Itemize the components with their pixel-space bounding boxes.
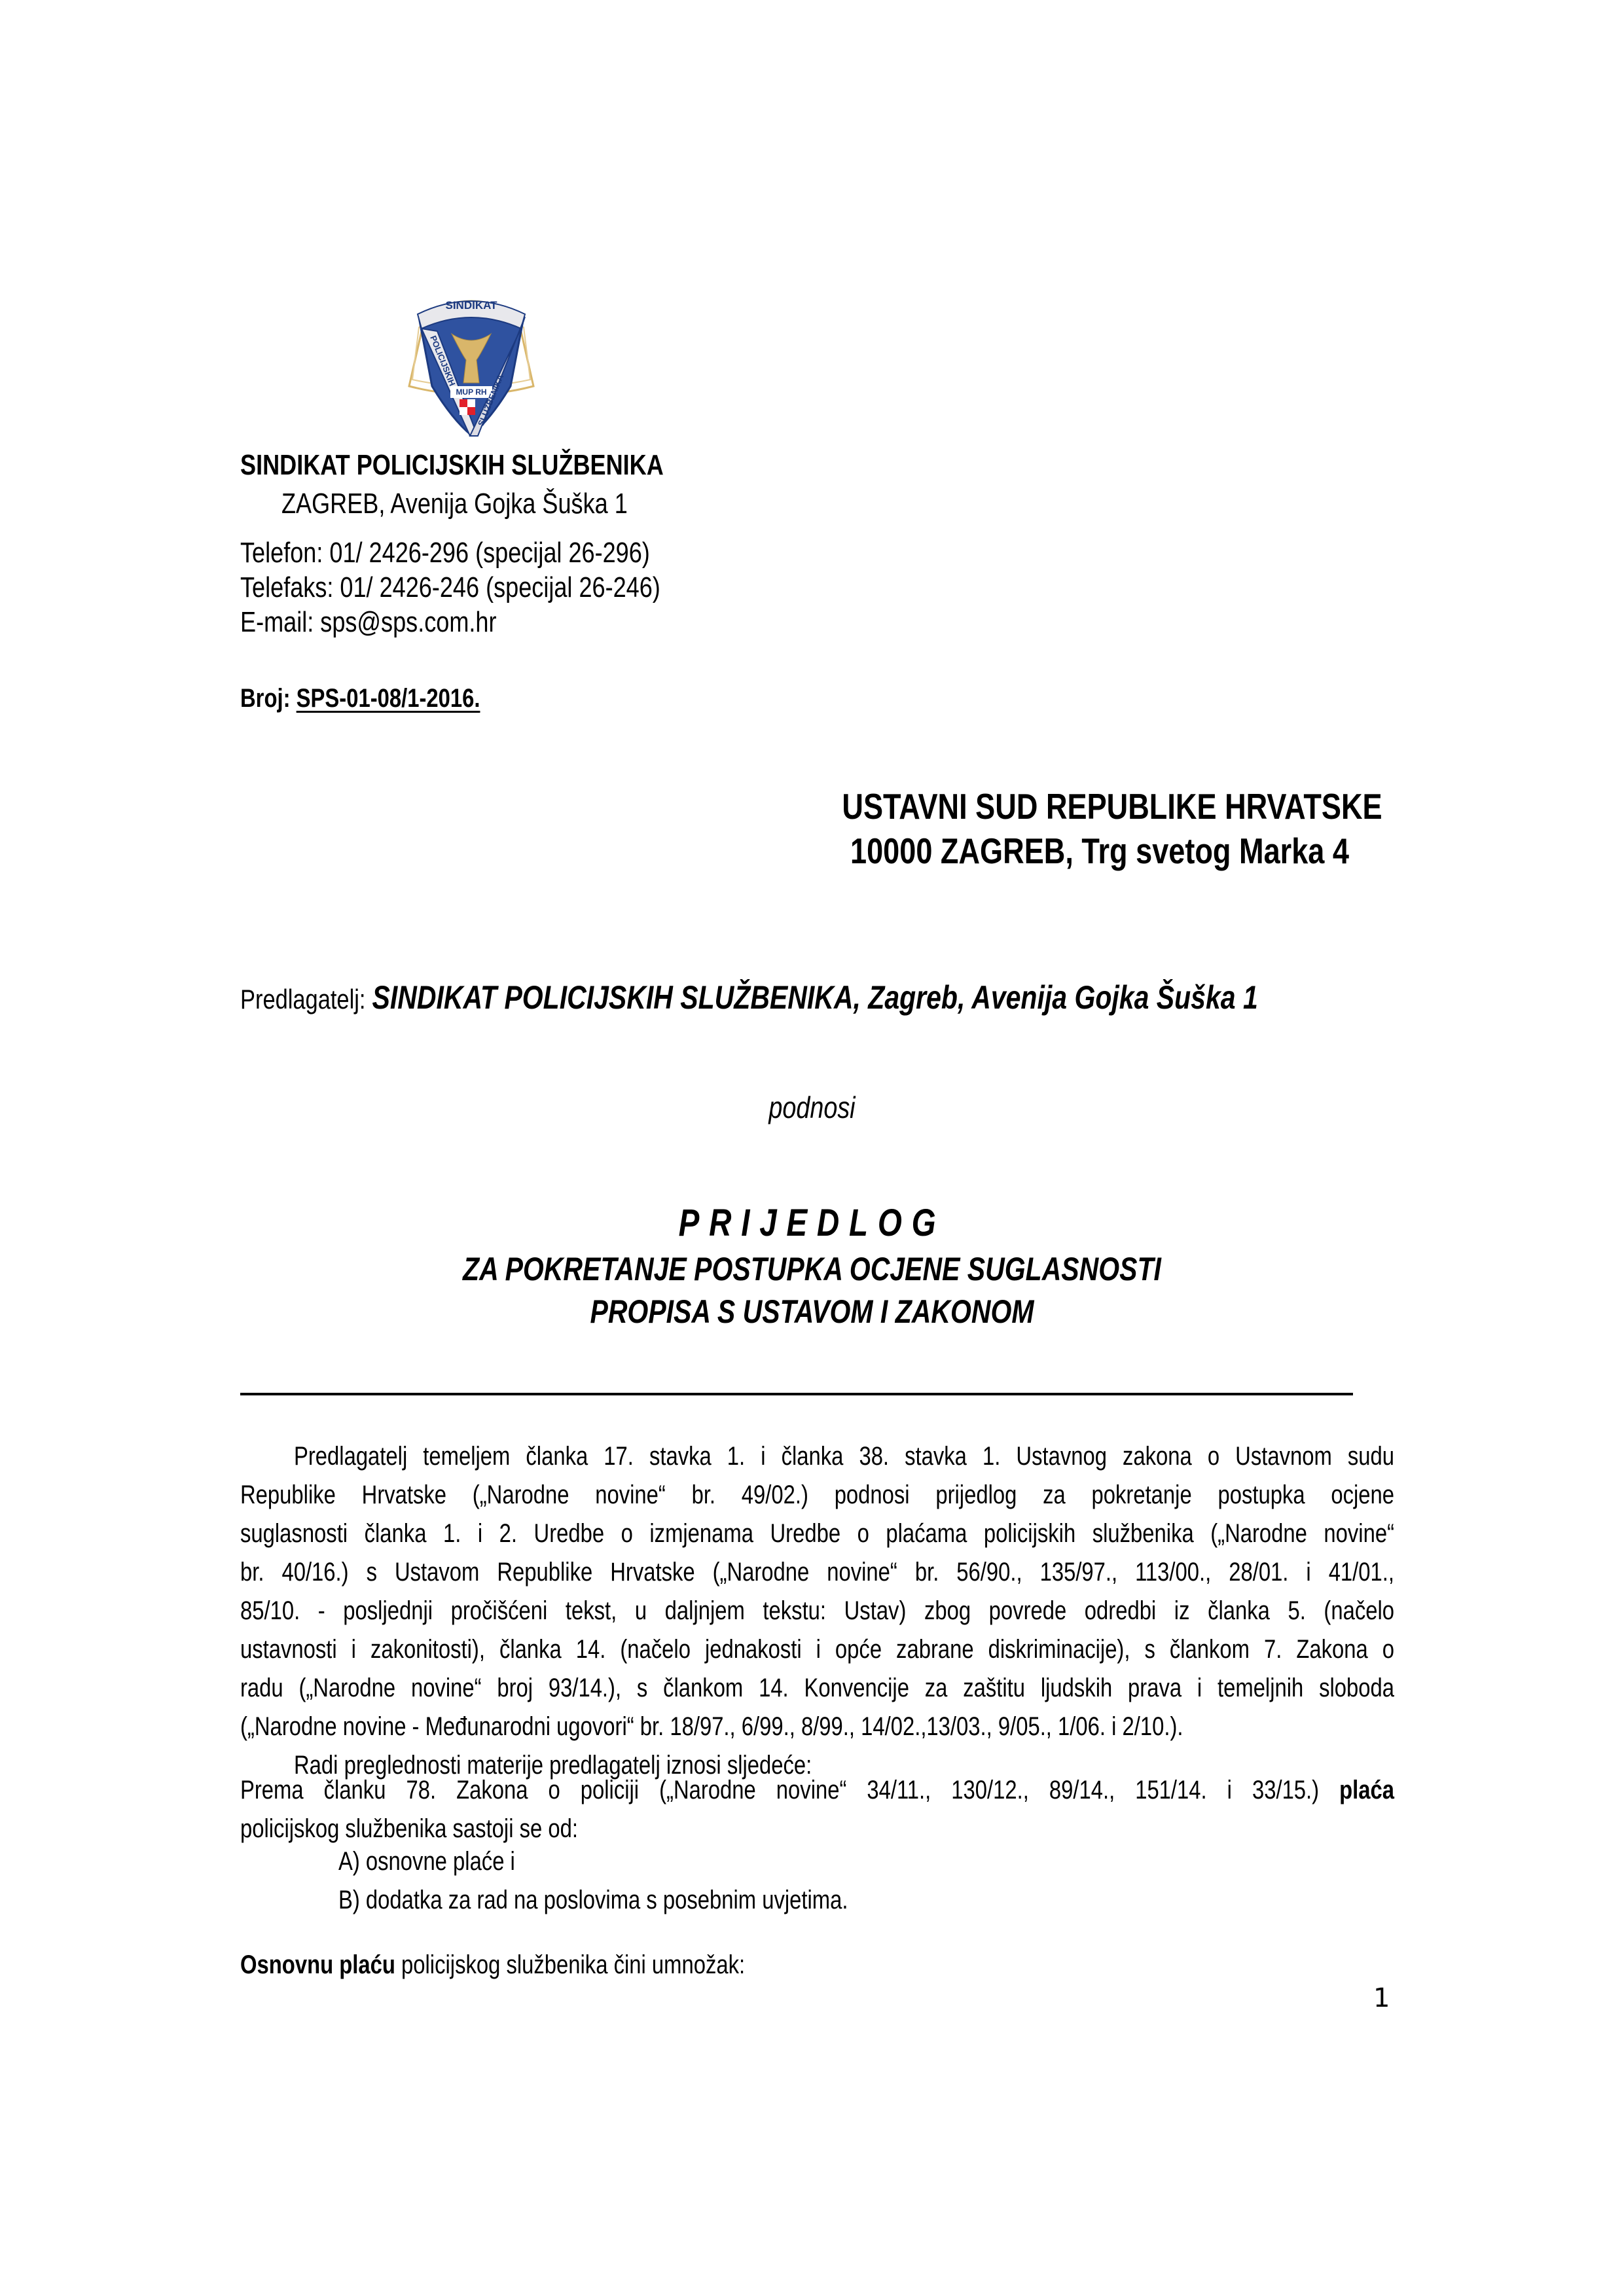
union-shield-logo-icon: MUP RH SINDIKAT POLICIJSKIH SLUŽBENIKA — [399, 288, 543, 439]
paragraph-line: ustavnosti i zakonitosti), članka 14. (n… — [240, 1630, 1394, 1669]
reference-number-label: Broj: — [240, 684, 291, 713]
document-subtitle-1: ZA POKRETANJE POSTUPKA OCJENE SUGLASNOST… — [146, 1250, 1477, 1288]
paragraph-line: suglasnosti članka 1. i 2. Uredbe o izmj… — [240, 1515, 1394, 1553]
reference-number-value: SPS-01-08/1-2016. — [297, 684, 480, 713]
paragraph-basic-salary: Osnovnu plaću policijskog službenika čin… — [240, 1950, 745, 1980]
paragraph-legal-basis: Predlagatelj temeljem članka 17. stavka … — [240, 1437, 1394, 1785]
paragraph-line: („Narodne novine - Međunarodni ugovori“ … — [240, 1708, 1394, 1746]
logo-mup-rh-text: MUP RH — [456, 387, 486, 397]
document-title: PRIJEDLOG — [146, 1201, 1477, 1245]
logo-top-text: SINDIKAT — [445, 299, 497, 312]
page-number: 1 — [1373, 1983, 1390, 2013]
reference-number: Broj: SPS-01-08/1-2016. — [240, 684, 480, 713]
paragraph-text: Prema članku 78. Zakona o policiji („Nar… — [240, 1776, 1319, 1804]
paragraph-line: br. 40/16.) s Ustavom Republike Hrvatske… — [240, 1553, 1394, 1592]
paragraph-line: 85/10. - posljednji pročišćeni tekst, u … — [240, 1592, 1394, 1630]
union-logo: MUP RH SINDIKAT POLICIJSKIH SLUŽBENIKA — [399, 288, 543, 439]
paragraph-text: policijskog službenika čini umnožak: — [395, 1950, 745, 1979]
paragraph-line: radu („Narodne novine“ broj 93/14.), s č… — [240, 1669, 1394, 1708]
paragraph-line: policijskog službenika sastoji se od: — [240, 1810, 1394, 1848]
horizontal-divider — [240, 1393, 1353, 1395]
submits-text: podnosi — [146, 1090, 1477, 1125]
paragraph-line: Prema članku 78. Zakona o policiji („Nar… — [240, 1771, 1394, 1810]
paragraph-bold-term: plaća — [1339, 1776, 1394, 1804]
recipient-court: USTAVNI SUD REPUBLIKE HRVATSKE — [842, 785, 1357, 827]
org-fax: Telefaks: 01/ 2426-246 (specijal 26-246) — [240, 571, 660, 604]
org-email[interactable]: E-mail: sps@sps.com.hr — [240, 606, 496, 639]
document-subtitle-2: PROPISA S USTAVOM I ZAKONOM — [146, 1293, 1477, 1331]
org-phone: Telefon: 01/ 2426-296 (specijal 26-296) — [240, 537, 650, 569]
paragraph-line: Republike Hrvatske („Narodne novine“ br.… — [240, 1476, 1394, 1515]
proposer-line: Predlagatelj: SINDIKAT POLICIJSKIH SLUŽB… — [240, 978, 1258, 1016]
list-item-b: B) dodatka za rad na poslovima s posebni… — [338, 1886, 848, 1915]
recipient-address: 10000 ZAGREB, Trg svetog Marka 4 — [842, 830, 1357, 872]
proposer-value: SINDIKAT POLICIJSKIH SLUŽBENIKA, Zagreb,… — [372, 979, 1257, 1016]
paragraph-salary-composition: Prema članku 78. Zakona o policiji („Nar… — [240, 1771, 1394, 1848]
list-item-a: A) osnovne plaće i — [338, 1847, 515, 1876]
org-address: ZAGREB, Avenija Gojka Šuška 1 — [281, 488, 628, 520]
proposer-label: Predlagatelj: — [240, 984, 365, 1014]
org-name: SINDIKAT POLICIJSKIH SLUŽBENIKA — [240, 449, 664, 482]
paragraph-bold-term: Osnovnu plaću — [240, 1950, 395, 1979]
paragraph-line: Predlagatelj temeljem članka 17. stavka … — [240, 1437, 1394, 1476]
